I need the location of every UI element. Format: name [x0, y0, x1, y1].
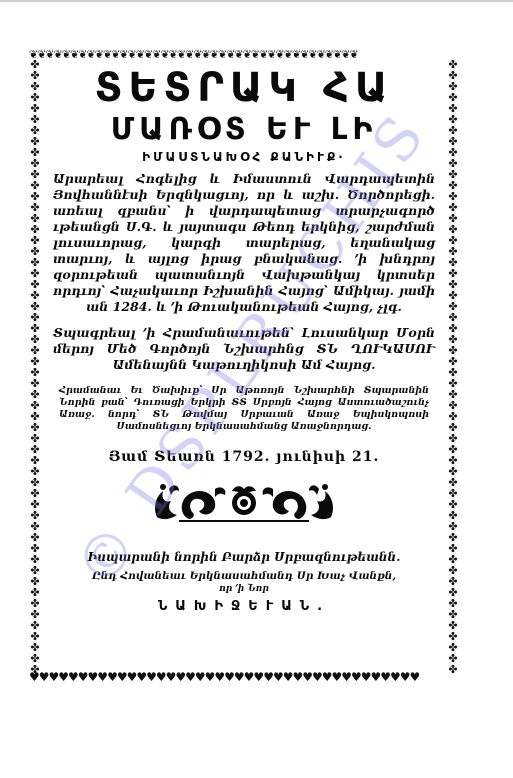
- border-top-ornament: ❦❦❦❦❦❦❦❦❦❦❦❦❦❦❦❦❦❦❦❦❦❦❦❦❦❦❦❦❦❦❦❦❦❦❦❦❦❦❦❦: [29, 49, 459, 61]
- border-left-ornament: ✤✤✤✤✤✤✤✤✤✤✤✤✤✤✤✤✤✤✤✤✤✤✤✤✤✤✤✤✤✤✤✤✤✤✤✤✤✤✤✤…: [29, 59, 41, 673]
- title-page: ❦❦❦❦❦❦❦❦❦❦❦❦❦❦❦❦❦❦❦❦❦❦❦❦❦❦❦❦❦❦❦❦❦❦❦❦❦❦❦❦…: [0, 0, 513, 778]
- city-name: ՆԱԽԻՋԵՒԱՆ.: [45, 599, 443, 614]
- border-right-ornament: ✤✤✤✤✤✤✤✤✤✤✤✤✤✤✤✤✤✤✤✤✤✤✤✤✤✤✤✤✤✤✤✤✤✤✤✤✤✤✤✤…: [447, 59, 459, 673]
- border-bottom-ornament: ♥♥♥♥♥♥♥♥♥♥♥♥♥♥♥♥♥♥♥♥♥♥♥♥♥♥♥♥♥♥♥♥♥♥♥♥♥♥♥♥: [29, 671, 459, 683]
- date-line: Յամ Տեառն 1792. յունիսի 21.: [45, 449, 443, 465]
- top-rule: [0, 0, 513, 2]
